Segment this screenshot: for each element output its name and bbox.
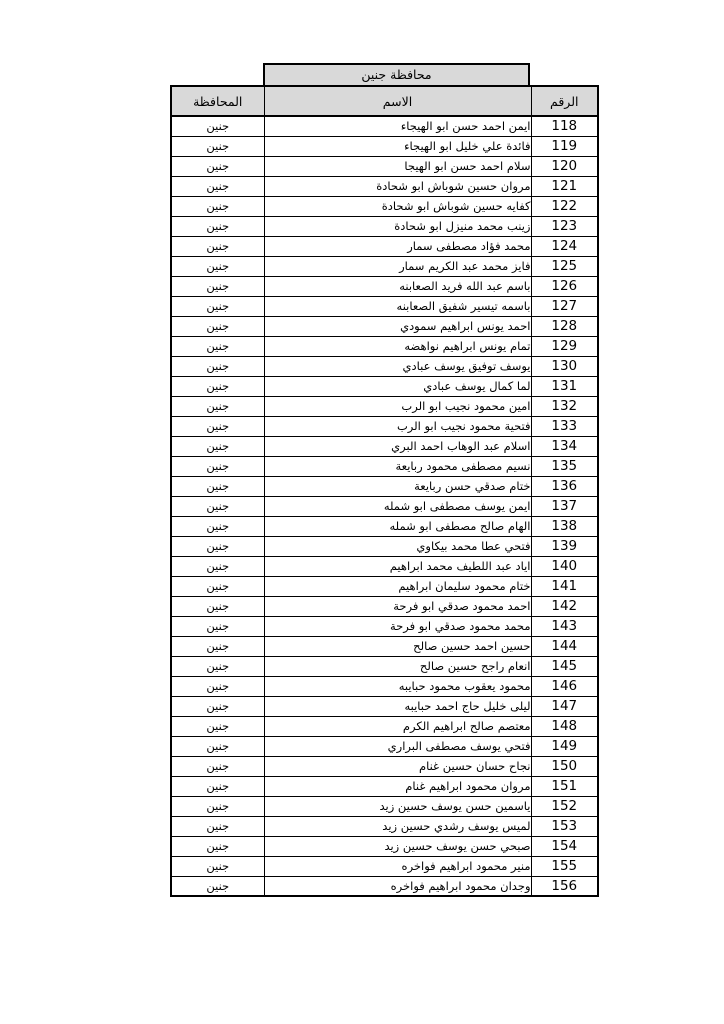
row-number-cell: 129	[531, 336, 598, 356]
row-name-cell: مروان حسين شوباش ابو شحادة	[264, 176, 531, 196]
table-row: 124 محمد فؤاد مصطفى سمار جنين	[171, 236, 598, 256]
row-governorate-cell: جنين	[171, 296, 264, 316]
row-governorate-cell: جنين	[171, 276, 264, 296]
row-number-cell: 149	[531, 736, 598, 756]
row-name-cell: صبحي حسن يوسف حسين زيد	[264, 836, 531, 856]
row-governorate-cell: جنين	[171, 656, 264, 676]
table-group-header: محافظة جنين	[263, 63, 530, 85]
table-body: 118 ايمن احمد حسن ابو الهيجاء جنين 119 ف…	[171, 116, 598, 896]
table-row: 135 نسيم مصطفى محمود ربايعة جنين	[171, 456, 598, 476]
row-number-cell: 131	[531, 376, 598, 396]
row-name-cell: امين محمود نجيب ابو الرب	[264, 396, 531, 416]
row-governorate-cell: جنين	[171, 396, 264, 416]
row-name-cell: اياد عبد اللطيف محمد ابراهيم	[264, 556, 531, 576]
row-governorate-cell: جنين	[171, 156, 264, 176]
row-number-cell: 141	[531, 576, 598, 596]
row-number-cell: 118	[531, 116, 598, 136]
table-row: 154 صبحي حسن يوسف حسين زيد جنين	[171, 836, 598, 856]
row-governorate-cell: جنين	[171, 596, 264, 616]
row-governorate-cell: جنين	[171, 756, 264, 776]
row-name-cell: فتحي عطا محمد بيكاوي	[264, 536, 531, 556]
row-governorate-cell: جنين	[171, 196, 264, 216]
table-row: 144 حسين احمد حسين صالح جنين	[171, 636, 598, 656]
row-number-cell: 153	[531, 816, 598, 836]
table-row: 151 مروان محمود ابراهيم غنام جنين	[171, 776, 598, 796]
row-number-cell: 146	[531, 676, 598, 696]
row-number-cell: 136	[531, 476, 598, 496]
row-number-cell: 140	[531, 556, 598, 576]
row-number-cell: 143	[531, 616, 598, 636]
row-number-cell: 138	[531, 516, 598, 536]
row-name-cell: ياسمين حسن يوسف حسين زيد	[264, 796, 531, 816]
row-governorate-cell: جنين	[171, 116, 264, 136]
row-name-cell: فتحية محمود نجيب ابو الرب	[264, 416, 531, 436]
row-name-cell: حسين احمد حسين صالح	[264, 636, 531, 656]
table-row: 134 اسلام عبد الوهاب احمد البري جنين	[171, 436, 598, 456]
row-number-cell: 122	[531, 196, 598, 216]
row-governorate-cell: جنين	[171, 716, 264, 736]
table-row: 128 احمد يونس ابراهيم سمودي جنين	[171, 316, 598, 336]
table-row: 118 ايمن احمد حسن ابو الهيجاء جنين	[171, 116, 598, 136]
table-row: 146 محمود يعقوب محمود حبايبه جنين	[171, 676, 598, 696]
table-row: 121 مروان حسين شوباش ابو شحادة جنين	[171, 176, 598, 196]
table-row: 130 يوسف توفيق يوسف عبادي جنين	[171, 356, 598, 376]
table-row: 150 نجاح حسان حسين غنام جنين	[171, 756, 598, 776]
row-number-cell: 134	[531, 436, 598, 456]
row-name-cell: ايمن احمد حسن ابو الهيجاء	[264, 116, 531, 136]
row-name-cell: ختام محمود سليمان ابراهيم	[264, 576, 531, 596]
row-number-cell: 119	[531, 136, 598, 156]
table-row: 127 باسمه تيسير شفيق الصعابنه جنين	[171, 296, 598, 316]
row-number-cell: 148	[531, 716, 598, 736]
row-governorate-cell: جنين	[171, 676, 264, 696]
row-name-cell: انعام راجح حسين صالح	[264, 656, 531, 676]
row-name-cell: محمد محمود صدقي ابو فرحة	[264, 616, 531, 636]
row-number-cell: 127	[531, 296, 598, 316]
row-governorate-cell: جنين	[171, 316, 264, 336]
row-number-cell: 128	[531, 316, 598, 336]
table-row: 132 امين محمود نجيب ابو الرب جنين	[171, 396, 598, 416]
table-row: 145 انعام راجح حسين صالح جنين	[171, 656, 598, 676]
table-row: 131 لما كمال يوسف عبادي جنين	[171, 376, 598, 396]
row-name-cell: احمد يونس ابراهيم سمودي	[264, 316, 531, 336]
row-governorate-cell: جنين	[171, 256, 264, 276]
row-governorate-cell: جنين	[171, 136, 264, 156]
row-name-cell: ختام صدقي حسن ربايعة	[264, 476, 531, 496]
row-name-cell: تمام يونس ابراهيم نواهضه	[264, 336, 531, 356]
table-row: 149 فتحي يوسف مصطفى البراري جنين	[171, 736, 598, 756]
table-row: 138 الهام صالح مصطفى ابو شمله جنين	[171, 516, 598, 536]
table-row: 147 ليلى خليل حاج احمد حبايبه جنين	[171, 696, 598, 716]
table-row: 140 اياد عبد اللطيف محمد ابراهيم جنين	[171, 556, 598, 576]
table-row: 136 ختام صدقي حسن ربايعة جنين	[171, 476, 598, 496]
row-number-cell: 152	[531, 796, 598, 816]
row-name-cell: منير محمود ابراهيم فواخره	[264, 856, 531, 876]
row-number-cell: 135	[531, 456, 598, 476]
row-number-cell: 126	[531, 276, 598, 296]
column-header-number: الرقم	[531, 86, 598, 116]
row-governorate-cell: جنين	[171, 776, 264, 796]
table-row: 133 فتحية محمود نجيب ابو الرب جنين	[171, 416, 598, 436]
row-governorate-cell: جنين	[171, 516, 264, 536]
row-name-cell: الهام صالح مصطفى ابو شمله	[264, 516, 531, 536]
row-number-cell: 147	[531, 696, 598, 716]
row-number-cell: 133	[531, 416, 598, 436]
table-row: 155 منير محمود ابراهيم فواخره جنين	[171, 856, 598, 876]
table-row: 148 معتصم صالح ابراهيم الكرم جنين	[171, 716, 598, 736]
table-row: 119 فائدة علي خليل ابو الهيجاء جنين	[171, 136, 598, 156]
row-name-cell: ليلى خليل حاج احمد حبايبه	[264, 696, 531, 716]
row-governorate-cell: جنين	[171, 336, 264, 356]
roster-table-head: الرقم الاسم المحافظة	[171, 86, 598, 116]
table-row: 129 تمام يونس ابراهيم نواهضه جنين	[171, 336, 598, 356]
row-governorate-cell: جنين	[171, 696, 264, 716]
row-governorate-cell: جنين	[171, 856, 264, 876]
row-number-cell: 123	[531, 216, 598, 236]
row-governorate-cell: جنين	[171, 496, 264, 516]
row-name-cell: ايمن يوسف مصطفى ابو شمله	[264, 496, 531, 516]
row-number-cell: 139	[531, 536, 598, 556]
table-row: 137 ايمن يوسف مصطفى ابو شمله جنين	[171, 496, 598, 516]
row-number-cell: 156	[531, 876, 598, 896]
row-number-cell: 150	[531, 756, 598, 776]
row-name-cell: محمود يعقوب محمود حبايبه	[264, 676, 531, 696]
row-name-cell: محمد فؤاد مصطفى سمار	[264, 236, 531, 256]
row-name-cell: كفايه حسين شوباش ابو شحادة	[264, 196, 531, 216]
row-governorate-cell: جنين	[171, 616, 264, 636]
row-name-cell: نسيم مصطفى محمود ربايعة	[264, 456, 531, 476]
row-number-cell: 130	[531, 356, 598, 376]
table-row: 143 محمد محمود صدقي ابو فرحة جنين	[171, 616, 598, 636]
row-governorate-cell: جنين	[171, 556, 264, 576]
row-name-cell: وجدان محمود ابراهيم فواخره	[264, 876, 531, 896]
document-page: محافظة جنين الرقم الاسم المحافظة 118 ايم…	[0, 0, 724, 1024]
row-governorate-cell: جنين	[171, 416, 264, 436]
row-governorate-cell: جنين	[171, 796, 264, 816]
row-number-cell: 121	[531, 176, 598, 196]
row-governorate-cell: جنين	[171, 236, 264, 256]
table-row: 122 كفايه حسين شوباش ابو شحادة جنين	[171, 196, 598, 216]
row-number-cell: 137	[531, 496, 598, 516]
row-governorate-cell: جنين	[171, 476, 264, 496]
table-row: 156 وجدان محمود ابراهيم فواخره جنين	[171, 876, 598, 896]
row-number-cell: 144	[531, 636, 598, 656]
row-number-cell: 132	[531, 396, 598, 416]
row-governorate-cell: جنين	[171, 456, 264, 476]
table-row: 153 لميس يوسف رشدي حسين زيد جنين	[171, 816, 598, 836]
row-name-cell: احمد محمود صدقي ابو فرحة	[264, 596, 531, 616]
row-governorate-cell: جنين	[171, 836, 264, 856]
row-number-cell: 125	[531, 256, 598, 276]
roster-table: الرقم الاسم المحافظة 118 ايمن احمد حسن ا…	[170, 85, 599, 897]
table-row: 123 زينب محمد منيزل ابو شحادة جنين	[171, 216, 598, 236]
table-row: 126 باسم عبد الله فريد الصعابنه جنين	[171, 276, 598, 296]
header-row: الرقم الاسم المحافظة	[171, 86, 598, 116]
row-number-cell: 151	[531, 776, 598, 796]
table-row: 141 ختام محمود سليمان ابراهيم جنين	[171, 576, 598, 596]
row-name-cell: زينب محمد منيزل ابو شحادة	[264, 216, 531, 236]
column-header-name: الاسم	[264, 86, 531, 116]
row-governorate-cell: جنين	[171, 816, 264, 836]
row-number-cell: 120	[531, 156, 598, 176]
row-name-cell: نجاح حسان حسين غنام	[264, 756, 531, 776]
row-governorate-cell: جنين	[171, 436, 264, 456]
row-governorate-cell: جنين	[171, 356, 264, 376]
row-name-cell: لميس يوسف رشدي حسين زيد	[264, 816, 531, 836]
row-name-cell: باسمه تيسير شفيق الصعابنه	[264, 296, 531, 316]
row-name-cell: فائدة علي خليل ابو الهيجاء	[264, 136, 531, 156]
table-row: 120 سلام احمد حسن ابو الهيجا جنين	[171, 156, 598, 176]
row-governorate-cell: جنين	[171, 536, 264, 556]
table-row: 142 احمد محمود صدقي ابو فرحة جنين	[171, 596, 598, 616]
table-row: 139 فتحي عطا محمد بيكاوي جنين	[171, 536, 598, 556]
row-governorate-cell: جنين	[171, 376, 264, 396]
row-governorate-cell: جنين	[171, 176, 264, 196]
row-name-cell: سلام احمد حسن ابو الهيجا	[264, 156, 531, 176]
row-name-cell: لما كمال يوسف عبادي	[264, 376, 531, 396]
row-governorate-cell: جنين	[171, 876, 264, 896]
row-number-cell: 142	[531, 596, 598, 616]
row-number-cell: 155	[531, 856, 598, 876]
row-number-cell: 124	[531, 236, 598, 256]
row-governorate-cell: جنين	[171, 216, 264, 236]
row-name-cell: معتصم صالح ابراهيم الكرم	[264, 716, 531, 736]
row-governorate-cell: جنين	[171, 576, 264, 596]
row-name-cell: مروان محمود ابراهيم غنام	[264, 776, 531, 796]
row-name-cell: فايز محمد عبد الكريم سمار	[264, 256, 531, 276]
row-governorate-cell: جنين	[171, 636, 264, 656]
row-number-cell: 145	[531, 656, 598, 676]
row-number-cell: 154	[531, 836, 598, 856]
row-name-cell: فتحي يوسف مصطفى البراري	[264, 736, 531, 756]
row-name-cell: باسم عبد الله فريد الصعابنه	[264, 276, 531, 296]
row-name-cell: اسلام عبد الوهاب احمد البري	[264, 436, 531, 456]
column-header-governorate: المحافظة	[171, 86, 264, 116]
table-row: 152 ياسمين حسن يوسف حسين زيد جنين	[171, 796, 598, 816]
row-name-cell: يوسف توفيق يوسف عبادي	[264, 356, 531, 376]
row-governorate-cell: جنين	[171, 736, 264, 756]
table-row: 125 فايز محمد عبد الكريم سمار جنين	[171, 256, 598, 276]
